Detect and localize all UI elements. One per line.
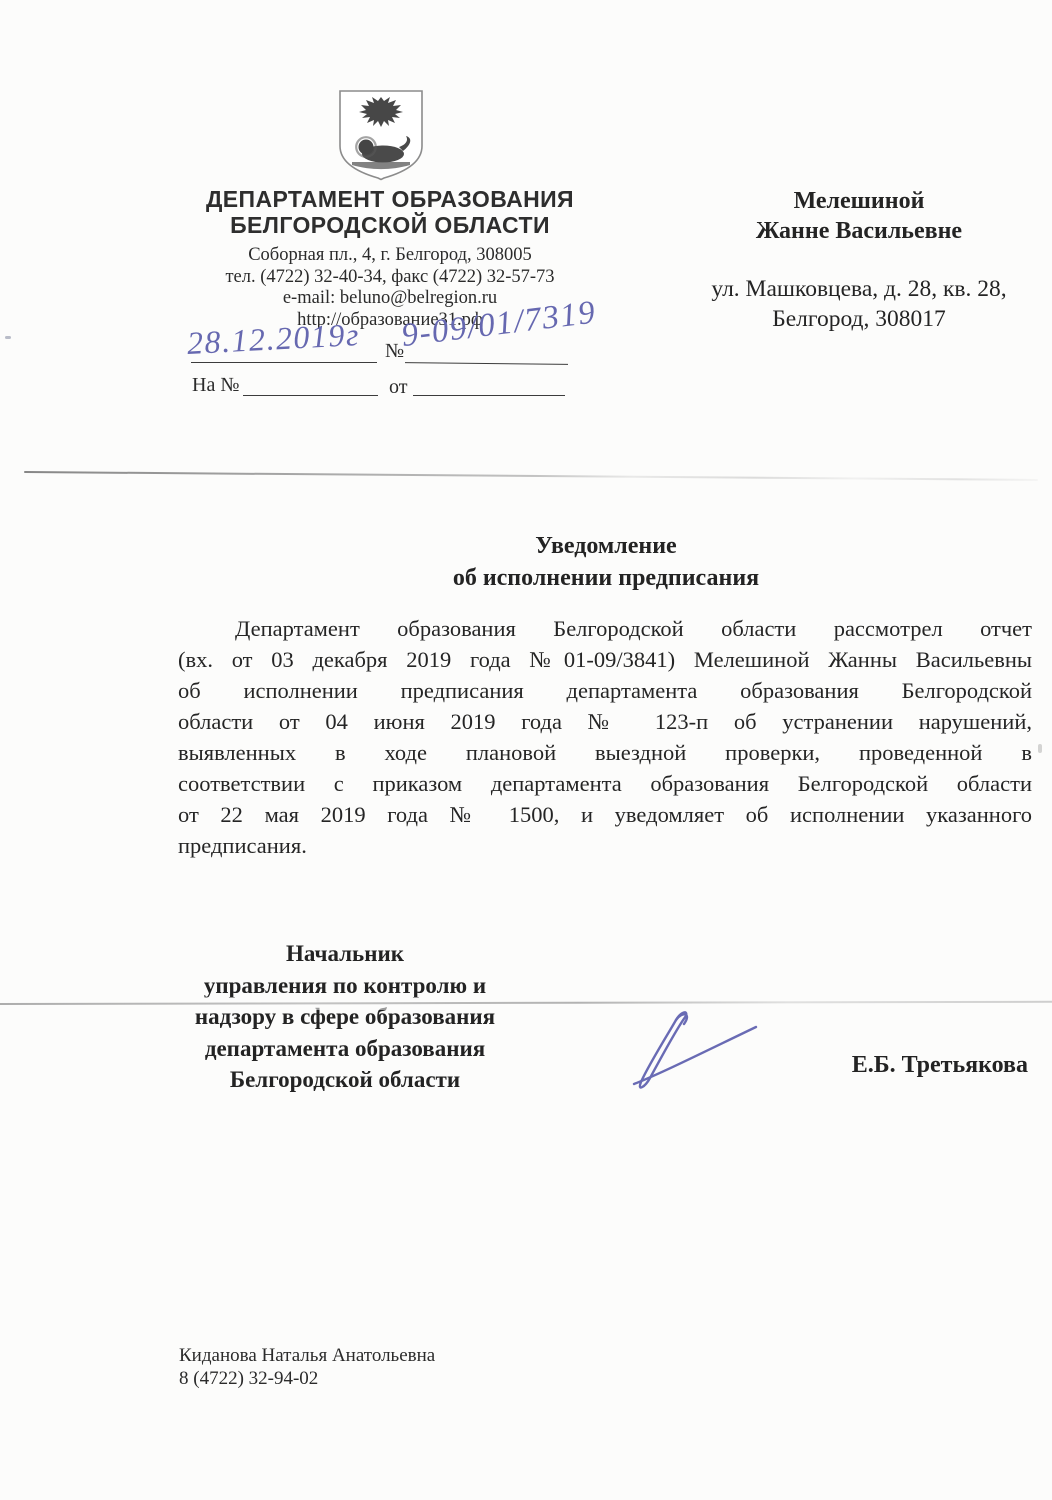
- recipient-address-line1: ул. Машковцева, д. 28, кв. 28,: [664, 274, 1052, 304]
- reply-to-label: На №: [192, 374, 239, 397]
- scanned-letter-page: ДЕПАРТАМЕНТ ОБРАЗОВАНИЯ БЕЛГОРОДСКОЙ ОБЛ…: [0, 0, 1052, 1500]
- body-line: выявленных в ходе плановой выездной пров…: [178, 737, 1032, 768]
- recipient-address-line2: Белгород, 308017: [664, 304, 1052, 334]
- scan-speck: [1038, 744, 1042, 753]
- body-line: Департамент образования Белгородской обл…: [178, 613, 1032, 644]
- recipient-block: Мелешиной Жанне Васильевне ул. Машковцев…: [664, 186, 1052, 334]
- body-line: предписания.: [178, 830, 1032, 861]
- body-line: от 22 мая 2019 года № 1500, и уведомляет…: [178, 799, 1032, 830]
- reply-date-label: от: [389, 376, 407, 399]
- executor-phone: 8 (4722) 32-94-02: [179, 1367, 435, 1390]
- handwritten-date: 28.12.2019г: [186, 316, 361, 362]
- executor-block: Киданова Наталья Анатольевна 8 (4722) 32…: [179, 1344, 435, 1390]
- coat-of-arms-icon: [336, 88, 426, 183]
- signer-name: Е.Б. Третьякова: [798, 1052, 1028, 1079]
- sender-org-name: ДЕПАРТАМЕНТ ОБРАЗОВАНИЯ БЕЛГОРОДСКОЙ ОБЛ…: [170, 186, 610, 238]
- autograph-signature-icon: [626, 1006, 762, 1096]
- document-title-line1: Уведомление: [178, 530, 1034, 562]
- sender-phone-fax: тел. (4722) 32-40-34, факс (4722) 32-57-…: [170, 267, 610, 289]
- body-paragraph: Департамент образования Белгородской обл…: [178, 613, 1032, 861]
- reply-number-blank-line: [243, 395, 378, 396]
- body-line: соответствии с приказом департамента обр…: [178, 768, 1032, 799]
- registration-number-sign: №: [385, 340, 404, 363]
- reply-date-blank-line: [413, 395, 565, 396]
- body-line: об исполнении предписания департамента о…: [178, 675, 1032, 706]
- sender-address: Соборная пл., 4, г. Белгород, 308005: [170, 245, 610, 267]
- number-blank-line: [405, 362, 568, 365]
- date-blank-line: [191, 362, 377, 363]
- signature-position-line: департамента образования: [155, 1033, 535, 1065]
- body-line: (вх. от 03 декабря 2019 года №01-09/3841…: [178, 644, 1032, 675]
- recipient-name-patronymic: Жанне Васильевне: [664, 216, 1052, 246]
- document-title-line2: об исполнении предписания: [178, 562, 1034, 594]
- signature-position-line: Начальник: [155, 938, 535, 970]
- scan-speck: [5, 336, 11, 339]
- recipient-address: ул. Машковцева, д. 28, кв. 28, Белгород,…: [664, 274, 1052, 334]
- body-line: области от 04 июня 2019 года № 123-п об …: [178, 706, 1032, 737]
- scan-artifact-line-top: [24, 471, 1038, 481]
- signature-position-block: Начальник управления по контролю и надзо…: [155, 938, 535, 1096]
- org-name-line1: ДЕПАРТАМЕНТ ОБРАЗОВАНИЯ: [170, 186, 610, 212]
- recipient-surname: Мелешиной: [664, 186, 1052, 216]
- document-title: Уведомление об исполнении предписания: [178, 530, 1034, 594]
- signature-position-line: Белгородской области: [155, 1064, 535, 1096]
- executor-name: Киданова Наталья Анатольевна: [179, 1344, 435, 1367]
- org-name-line2: БЕЛГОРОДСКОЙ ОБЛАСТИ: [170, 212, 610, 238]
